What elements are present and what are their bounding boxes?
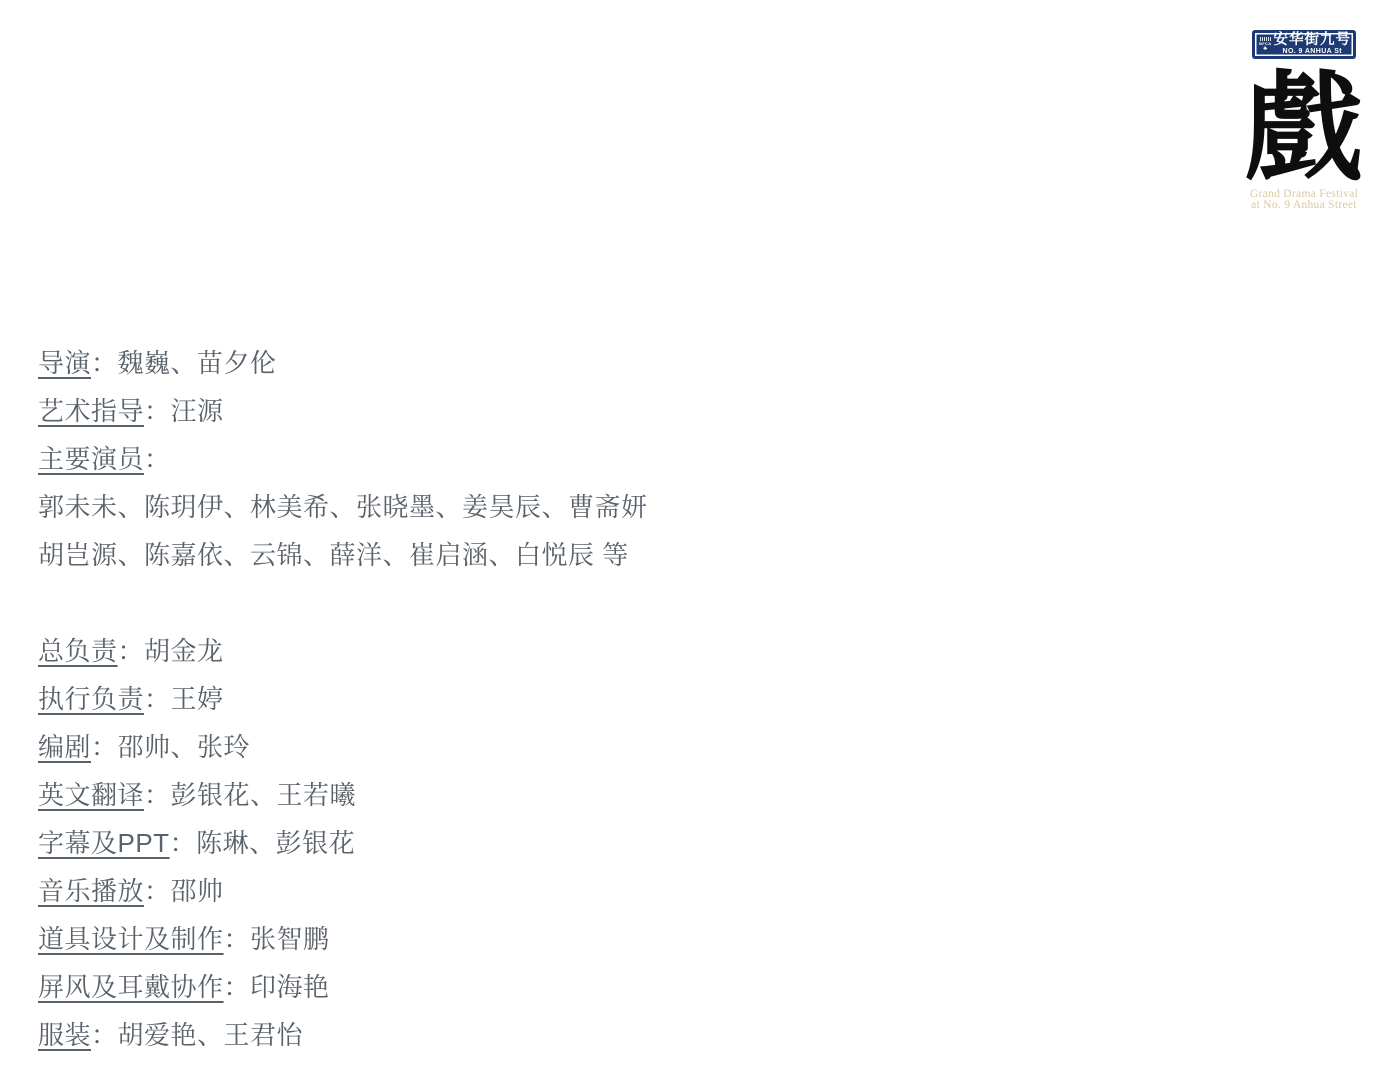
cast-names-line-2: 胡岂源、陈嘉依、云锦、薛洋、崔启涵、白悦辰 等 xyxy=(38,531,648,579)
credit-line-music-playback: 音乐播放：邵帅 xyxy=(38,867,648,915)
sign-subtitle: NO. 9 ANHUA St xyxy=(1282,48,1342,56)
credit-line-english-translation: 英文翻译：彭银花、王若曦 xyxy=(38,771,648,819)
credits-page: BFCA ♣ 安华街九号 NO. 9 ANHUA St 戲 Grand Dram… xyxy=(0,0,1397,1080)
credits-list: 导演：魏巍、苗夕伦 艺术指导：汪源 主要演员： 郭未未、陈玥伊、林美希、张晓墨、… xyxy=(38,339,648,1059)
credit-value: 张智鹏 xyxy=(250,924,330,954)
credit-colon: ： xyxy=(91,1020,118,1050)
festival-logo: BFCA ♣ 安华街九号 NO. 9 ANHUA St 戲 Grand Dram… xyxy=(1243,30,1365,211)
credit-colon: ： xyxy=(144,444,171,474)
credit-label: 艺术指导 xyxy=(38,396,144,426)
sign-emblem: BFCA ♣ xyxy=(1259,37,1272,52)
credit-colon: ： xyxy=(118,636,145,666)
credit-line-general-manager: 总负责：胡金龙 xyxy=(38,627,648,675)
credit-value: 陈琳、彭银花 xyxy=(196,828,355,858)
credit-colon: ： xyxy=(170,828,197,858)
drama-calligraphy-glyph: 戲 xyxy=(1245,73,1363,185)
credit-label: 服装 xyxy=(38,1020,91,1050)
credit-value: 王婷 xyxy=(171,684,224,714)
credit-colon: ： xyxy=(144,684,171,714)
street-sign: BFCA ♣ 安华街九号 NO. 9 ANHUA St xyxy=(1252,30,1356,59)
credit-label: 屏风及耳戴协作 xyxy=(38,972,224,1002)
logo-caption: Grand Drama Festival at No. 9 Anhua Stre… xyxy=(1250,189,1358,211)
credit-line-art-director: 艺术指导：汪源 xyxy=(38,387,648,435)
credit-value: 印海艳 xyxy=(250,972,330,1002)
credit-label: 编剧 xyxy=(38,732,91,762)
credit-colon: ： xyxy=(144,396,171,426)
credit-value: 邵帅 xyxy=(171,876,224,906)
credit-colon: ： xyxy=(224,972,251,1002)
credit-label: 音乐播放 xyxy=(38,876,144,906)
credit-line-director: 导演：魏巍、苗夕伦 xyxy=(38,339,648,387)
logo-caption-line2: at No. 9 Anhua Street xyxy=(1250,200,1358,211)
credit-line-screen-headwear: 屏风及耳戴协作：印海艳 xyxy=(38,963,648,1011)
credit-value: 魏巍、苗夕伦 xyxy=(118,348,277,378)
credit-line-subtitles-ppt: 字幕及PPT：陈琳、彭银花 xyxy=(38,819,648,867)
credit-value: 汪源 xyxy=(171,396,224,426)
credit-value: 邵帅、张玲 xyxy=(118,732,251,762)
credit-label: 总负责 xyxy=(38,636,118,666)
credit-colon: ： xyxy=(91,732,118,762)
credit-value: 彭银花、王若曦 xyxy=(171,780,357,810)
credit-colon: ： xyxy=(144,876,171,906)
credit-label: 英文翻译 xyxy=(38,780,144,810)
credit-colon: ： xyxy=(91,348,118,378)
credit-label: 导演 xyxy=(38,348,91,378)
credit-line-costume: 服装：胡爱艳、王君怡 xyxy=(38,1011,648,1059)
credit-label: 字幕及PPT xyxy=(38,828,170,858)
credit-line-executive: 执行负责：王婷 xyxy=(38,675,648,723)
credit-value: 胡金龙 xyxy=(144,636,224,666)
sign-text: 安华街九号 NO. 9 ANHUA St xyxy=(1274,33,1352,56)
credit-line-main-cast: 主要演员： xyxy=(38,435,648,483)
credit-colon: ： xyxy=(224,924,251,954)
credit-label: 执行负责 xyxy=(38,684,144,714)
sign-title: 安华街九号 xyxy=(1274,33,1352,48)
credit-label: 道具设计及制作 xyxy=(38,924,224,954)
credit-value: 胡爱艳、王君怡 xyxy=(118,1020,304,1050)
cast-names-line-1: 郭未未、陈玥伊、林美希、张晓墨、姜昊辰、曹斋妍 xyxy=(38,483,648,531)
credit-line-playwright: 编剧：邵帅、张玲 xyxy=(38,723,648,771)
credit-label: 主要演员 xyxy=(38,444,144,474)
credit-line-props-design: 道具设计及制作：张智鹏 xyxy=(38,915,648,963)
tree-icon: ♣ xyxy=(1263,46,1267,52)
credit-colon: ： xyxy=(144,780,171,810)
emblem-decoration xyxy=(1260,37,1271,41)
